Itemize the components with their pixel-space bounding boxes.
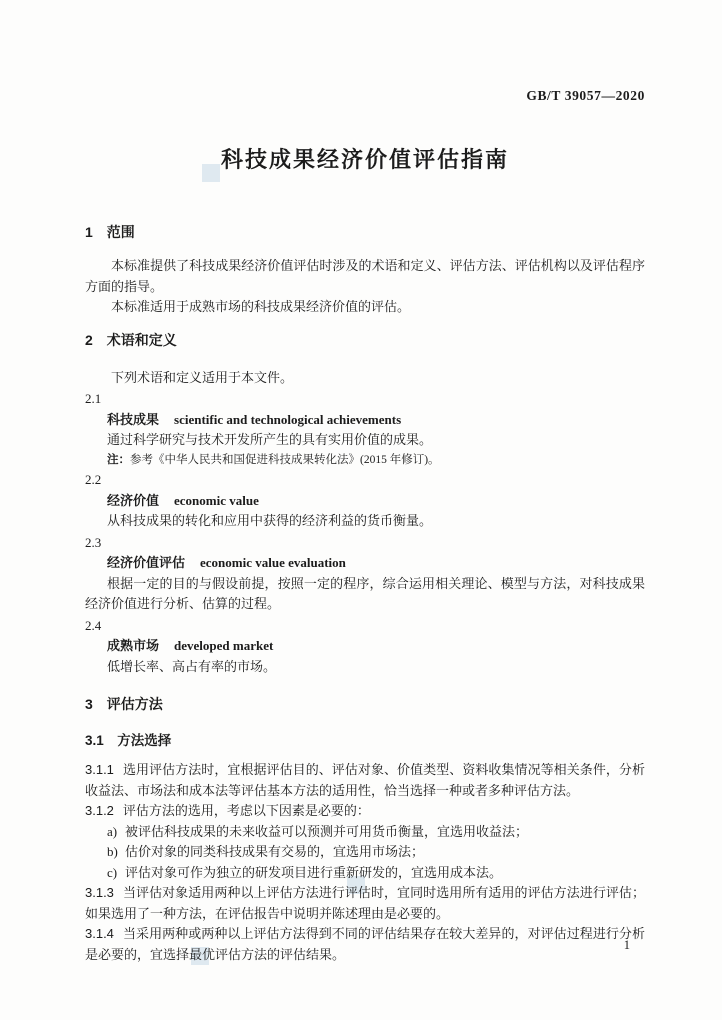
section-scope: 1 范围 本标准提供了科技成果经济价值评估时涉及的术语和定义、评估方法、评估机构… — [85, 224, 645, 318]
clause-text: 当采用两种或两种以上评估方法得到不同的评估结果存在较大差异的，对评估过程进行分析… — [85, 926, 645, 962]
term-title: 成熟市场developed market — [85, 636, 645, 657]
clause-number: 3.1.2 — [85, 803, 114, 818]
clause-number: 3.1.1 — [85, 762, 114, 777]
document-content: GB/T 39057—2020 科技成果经济价值评估指南 1 范围 本标准提供了… — [85, 0, 645, 965]
list-marker: c) — [107, 863, 125, 884]
term-entry: 2.3 经济价值评估economic value evaluation 根据一定… — [85, 533, 645, 615]
term-name-zh: 科技成果 — [107, 412, 159, 427]
clause-text: 选用评估方法时，宜根据评估目的、评估对象、价值类型、资料收集情况等相关条件，分析… — [85, 762, 645, 798]
document-page: GB/T 39057—2020 科技成果经济价值评估指南 1 范围 本标准提供了… — [0, 0, 722, 1020]
section-methods: 3 评估方法 3.1 方法选择 3.1.1选用评估方法时，宜根据评估目的、评估对… — [85, 696, 645, 965]
section-terms: 2 术语和定义 下列术语和定义适用于本文件。 2.1 科技成果scientifi… — [85, 332, 645, 678]
term-name-zh: 成熟市场 — [107, 638, 159, 653]
note-label: 注： — [107, 454, 130, 466]
term-definition: 根据一定的目的与假设前提，按照一定的程序，综合运用相关理论、模型与方法，对科技成… — [85, 574, 645, 615]
term-number: 2.1 — [85, 389, 645, 410]
standard-code: GB/T 39057—2020 — [85, 0, 645, 104]
term-entry: 2.4 成熟市场developed market 低增长率、高占有率的市场。 — [85, 616, 645, 678]
term-number: 2.4 — [85, 616, 645, 637]
method-selection-heading: 3.1 方法选择 — [85, 732, 645, 749]
term-number: 2.3 — [85, 533, 645, 554]
list-item-c: c)评估对象可作为独立的研发项目进行重新研发的，宜选用成本法。 — [85, 863, 645, 884]
term-name-en: developed market — [174, 638, 273, 653]
clause-text: 评估方法的选用，考虑以下因素是必要的： — [123, 803, 370, 818]
note-text: 参考《中华人民共和国促进科技成果转化法》(2015 年修订)。 — [130, 454, 440, 466]
page-number: 1 — [624, 938, 630, 953]
term-name-en: economic value evaluation — [200, 555, 346, 570]
list-marker: b) — [107, 842, 125, 863]
terms-intro: 下列术语和定义适用于本文件。 — [85, 368, 645, 389]
clause-number: 3.1.4 — [85, 926, 114, 941]
scope-heading: 1 范围 — [85, 224, 645, 241]
clause-number: 3.1.3 — [85, 885, 114, 900]
clause-text: 当评估对象适用两种以上评估方法进行评估时，宜同时选用所有适用的评估方法进行评估；… — [85, 885, 645, 921]
list-text: 估价对象的同类科技成果有交易的，宜选用市场法； — [125, 844, 424, 859]
term-entry: 2.1 科技成果scientific and technological ach… — [85, 389, 645, 469]
term-definition: 从科技成果的转化和应用中获得的经济利益的货币衡量。 — [85, 511, 645, 532]
list-item-a: a)被评估科技成果的未来收益可以预测并可用货币衡量，宜选用收益法； — [85, 822, 645, 843]
term-title: 经济价值评估economic value evaluation — [85, 553, 645, 574]
term-entry: 2.2 经济价值economic value 从科技成果的转化和应用中获得的经济… — [85, 470, 645, 532]
term-name-zh: 经济价值 — [107, 493, 159, 508]
term-number: 2.2 — [85, 470, 645, 491]
clause-3-1-3: 3.1.3当评估对象适用两种以上评估方法进行评估时，宜同时选用所有适用的评估方法… — [85, 883, 645, 924]
term-title: 经济价值economic value — [85, 491, 645, 512]
term-name-en: scientific and technological achievement… — [174, 412, 401, 427]
term-title: 科技成果scientific and technological achieve… — [85, 410, 645, 431]
term-name-en: economic value — [174, 493, 259, 508]
scope-paragraph-1: 本标准提供了科技成果经济价值评估时涉及的术语和定义、评估方法、评估机构以及评估程… — [85, 256, 645, 297]
terms-heading: 2 术语和定义 — [85, 332, 645, 349]
list-marker: a) — [107, 822, 125, 843]
clause-3-1-2: 3.1.2评估方法的选用，考虑以下因素是必要的： — [85, 801, 645, 822]
term-definition: 通过科学研究与技术开发所产生的具有实用价值的成果。 — [85, 430, 645, 451]
clause-3-1-1: 3.1.1选用评估方法时，宜根据评估目的、评估对象、价值类型、资料收集情况等相关… — [85, 760, 645, 801]
term-note: 注：参考《中华人民共和国促进科技成果转化法》(2015 年修订)。 — [85, 451, 645, 470]
methods-heading: 3 评估方法 — [85, 696, 645, 713]
clause-3-1-4: 3.1.4当采用两种或两种以上评估方法得到不同的评估结果存在较大差异的，对评估过… — [85, 924, 645, 965]
scope-paragraph-2: 本标准适用于成熟市场的科技成果经济价值的评估。 — [85, 297, 645, 318]
term-definition: 低增长率、高占有率的市场。 — [85, 657, 645, 678]
document-title: 科技成果经济价值评估指南 — [85, 145, 645, 175]
list-text: 评估对象可作为独立的研发项目进行重新研发的，宜选用成本法。 — [125, 865, 502, 880]
list-text: 被评估科技成果的未来收益可以预测并可用货币衡量，宜选用收益法； — [125, 824, 528, 839]
list-item-b: b)估价对象的同类科技成果有交易的，宜选用市场法； — [85, 842, 645, 863]
term-name-zh: 经济价值评估 — [107, 555, 185, 570]
